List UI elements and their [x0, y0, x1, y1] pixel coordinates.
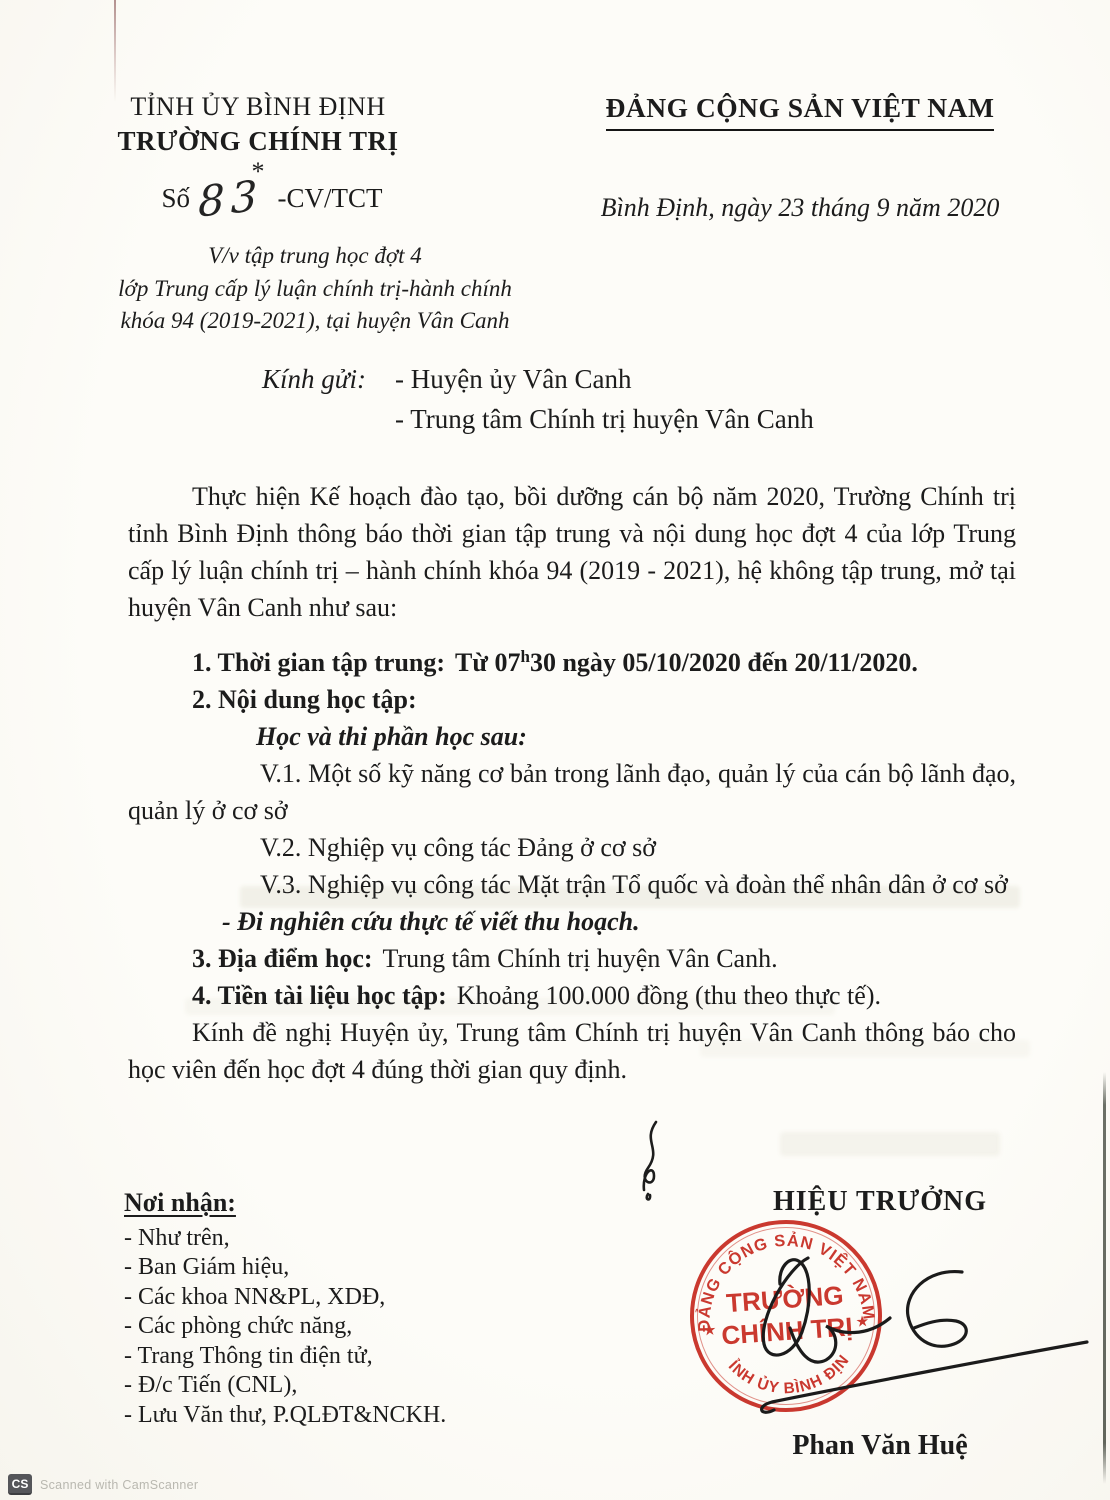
item-2-content: 2. Nội dung học tập:	[128, 681, 1016, 718]
module-v3: V.3. Nghiệp vụ công tác Mặt trận Tổ quốc…	[128, 866, 1016, 903]
distribution-item: - Các khoa NN&PL, XDĐ,	[124, 1283, 446, 1313]
doc-number-suffix: -CV/TCT	[277, 183, 382, 213]
field-trip-line: - Đi nghiên cứu thực tế viết thu hoạch.	[128, 903, 1016, 940]
distribution-item: - Các phòng chức năng,	[124, 1312, 446, 1342]
document-subject: V/v tập trung học đợt 4 lớp Trung cấp lý…	[95, 240, 535, 338]
signer-title: HIỆU TRƯỞNG	[700, 1186, 1060, 1218]
camscanner-icon: CS	[8, 1474, 32, 1495]
party-name: ĐẢNG CỘNG SẢN VIỆT NAM	[606, 92, 995, 131]
signer-name: Phan Văn Huệ	[700, 1430, 1060, 1462]
issuing-org-name: TRƯỜNG CHÍNH TRỊ	[88, 126, 428, 157]
item-2-label: 2. Nội dung học tập:	[192, 685, 417, 714]
module-v1: V.1. Một số kỹ năng cơ bản trong lãnh đạ…	[128, 755, 1016, 829]
item-3-location: 3. Địa điểm học:Trung tâm Chính trị huyệ…	[128, 940, 1016, 977]
distribution-label: Nơi nhận:	[124, 1188, 446, 1218]
handwritten-initial-mark	[618, 1116, 682, 1206]
stamp-center-line-2: CHÍNH TRỊ	[720, 1311, 853, 1350]
stamp-star-left-icon: ★	[703, 1322, 716, 1338]
item-1-hour-superscript: h	[520, 647, 529, 666]
handwritten-doc-number: 83	[198, 196, 263, 203]
scanned-document-page: TỈNH ỦY BÌNH ĐỊNH TRƯỜNG CHÍNH TRỊ * Số8…	[0, 0, 1110, 1500]
parent-org-name: TỈNH ỦY BÌNH ĐỊNH	[88, 92, 428, 122]
item-4-label: 4. Tiền tài liệu học tập:	[192, 981, 447, 1010]
doc-number-prefix: Số	[162, 183, 191, 213]
subject-line-2: lớp Trung cấp lý luận chính trị-hành chí…	[95, 273, 535, 306]
item-1-time-pre: Từ 07	[455, 648, 520, 677]
recipients-list: - Huyện ủy Vân Canh - Trung tâm Chính tr…	[395, 360, 814, 439]
recipient-item: - Trung tâm Chính trị huyện Vân Canh	[395, 400, 814, 440]
recipients-block: Kính gửi: - Huyện ủy Vân Canh - Trung tâ…	[262, 360, 814, 439]
camscanner-text: Scanned with CamScanner	[40, 1478, 198, 1492]
recipient-item: - Huyện ủy Vân Canh	[395, 360, 814, 400]
issuing-org-block: TỈNH ỦY BÌNH ĐỊNH TRƯỜNG CHÍNH TRỊ * Số8…	[88, 92, 428, 214]
item-3-label: 3. Địa điểm học:	[192, 944, 373, 973]
place-and-date: Bình Định, ngày 23 tháng 9 năm 2020	[585, 193, 1015, 223]
module-v2: V.2. Nghiệp vụ công tác Đảng ở cơ sở	[128, 829, 1016, 866]
national-header-block: ĐẢNG CỘNG SẢN VIỆT NAM	[585, 92, 1015, 131]
bleedthrough-ghost	[780, 1132, 1000, 1156]
item-4-fee: 4. Tiền tài liệu học tập:Khoảng 100.000 …	[128, 977, 1016, 1014]
closing-paragraph: Kính đề nghị Huyện ủy, Trung tâm Chính t…	[128, 1014, 1016, 1088]
distribution-item: - Ban Giám hiệu,	[124, 1253, 446, 1283]
distribution-item: - Trang Thông tin điện tử,	[124, 1342, 446, 1372]
subject-line-1: V/v tập trung học đợt 4	[95, 240, 535, 273]
item-3-value: Trung tâm Chính trị huyện Vân Canh.	[383, 944, 778, 973]
recipients-label: Kính gửi:	[262, 360, 366, 400]
document-body: Thực hiện Kế hoạch đào tạo, bồi dưỡng cá…	[128, 478, 1016, 1088]
scan-artifact-right-edge	[1103, 1072, 1106, 1484]
item-1-label: 1. Thời gian tập trung:	[192, 648, 445, 677]
stamp-star-right-icon: ★	[856, 1313, 869, 1329]
camscanner-watermark: CS Scanned with CamScanner	[8, 1474, 198, 1495]
item-1-time-post: 30 ngày 05/10/2020 đến 20/11/2020.	[530, 648, 918, 677]
distribution-item: - Đ/c Tiến (CNL),	[124, 1371, 446, 1401]
distribution-item: - Lưu Văn thư, P.QLĐT&NCKH.	[124, 1401, 446, 1431]
distribution-item: - Như trên,	[124, 1224, 446, 1254]
item-1-time: 1. Thời gian tập trung:Từ 07h30 ngày 05/…	[128, 638, 1016, 681]
opening-paragraph: Thực hiện Kế hoạch đào tạo, bồi dưỡng cá…	[128, 478, 1016, 626]
item-4-value: Khoảng 100.000 đồng (thu theo thực tế).	[457, 981, 881, 1010]
subject-line-3: khóa 94 (2019-2021), tại huyện Vân Canh	[95, 305, 535, 338]
study-exam-heading: Học và thi phần học sau:	[128, 718, 1016, 755]
document-number-line: Số83-CV/TCT	[102, 183, 442, 214]
scan-artifact-top-line	[114, 0, 116, 102]
distribution-block: Nơi nhận: - Như trên, - Ban Giám hiệu, -…	[124, 1188, 446, 1430]
official-red-stamp: ĐẢNG CỘNG SẢN VIỆT NAM TỈNH ỦY BÌNH ĐỊNH…	[681, 1211, 890, 1420]
